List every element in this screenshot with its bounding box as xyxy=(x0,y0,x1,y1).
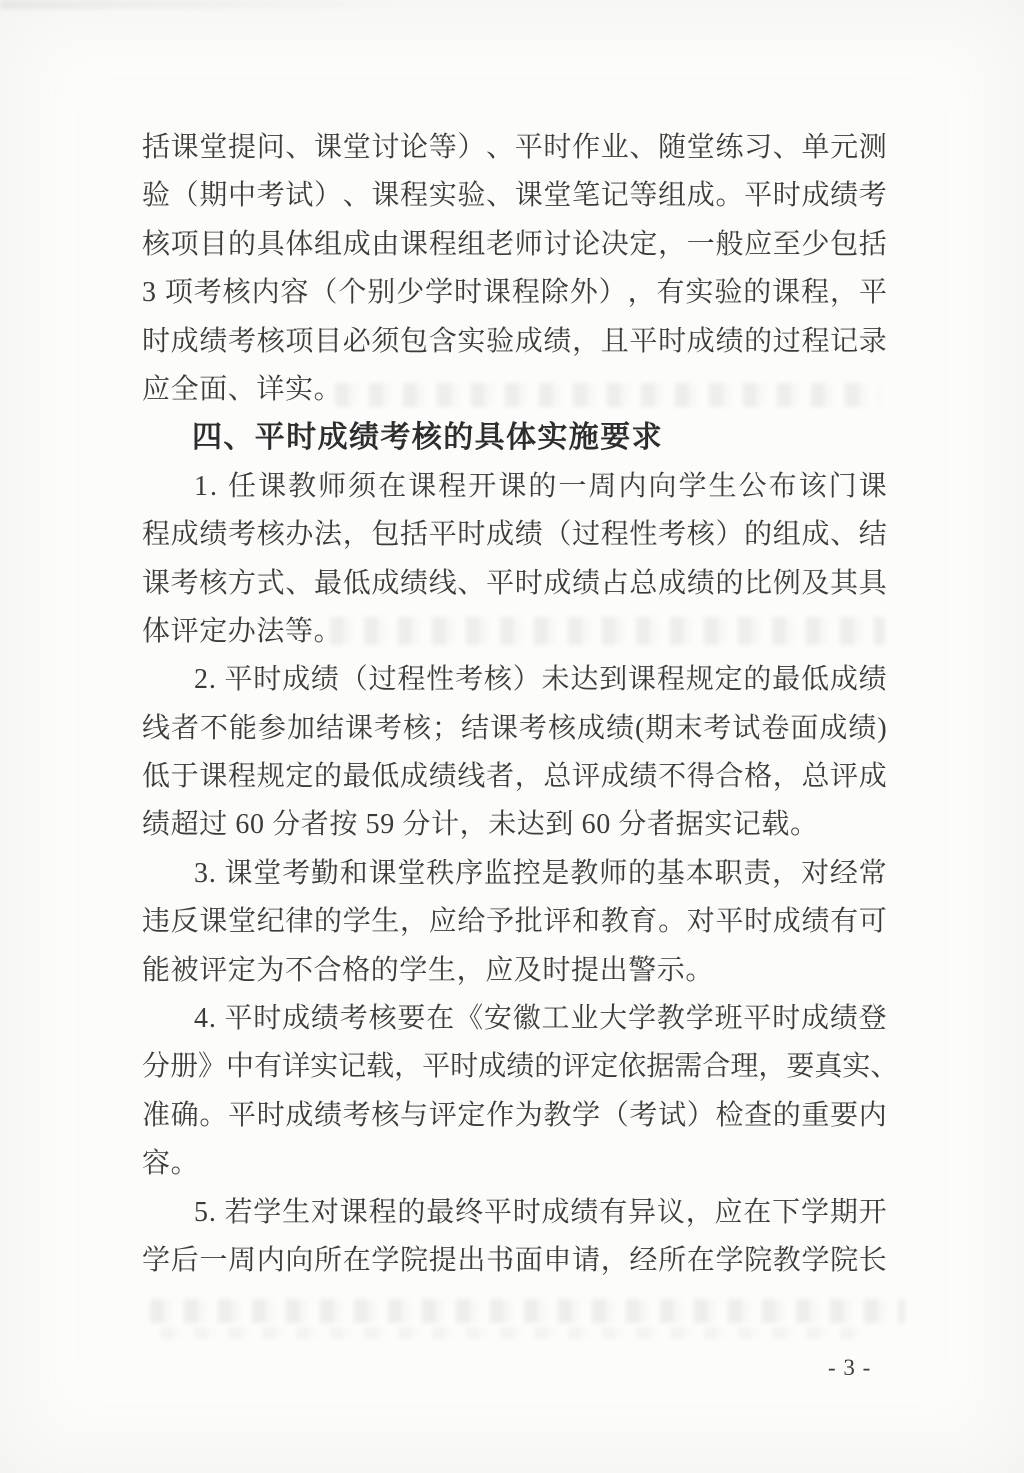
bleed-through-artifact xyxy=(150,1299,905,1323)
body-text-line: 能被评定为不合格的学生，应及时提出警示。 xyxy=(142,947,887,995)
body-text-line: 验（期中考试）、课程实验、课堂笔记等组成。平时成绩考 xyxy=(142,172,887,220)
body-text-line: 绩超过 60 分者按 59 分计，未达到 60 分者据实记载。 xyxy=(142,801,887,849)
body-text-line: 5. 若学生对课程的最终平时成绩有异议，应在下学期开 xyxy=(142,1189,887,1237)
body-text-line: 1. 任课教师须在课程开课的一周内向学生公布该门课 xyxy=(142,463,887,511)
body-text-line: 4. 平时成绩考核要在《安徽工业大学教学班平时成绩登 xyxy=(142,995,887,1043)
body-text-line: 应全面、详实。 xyxy=(142,366,887,414)
body-text-line: 程成绩考核办法，包括平时成绩（过程性考核）的组成、结 xyxy=(142,511,887,559)
section-heading: 四、平时成绩考核的具体实施要求 xyxy=(142,414,887,462)
body-text-line: 学后一周内向所在学院提出书面申请，经所在学院教学院长 xyxy=(142,1237,887,1285)
bleed-through-artifact xyxy=(160,1327,860,1339)
body-text-line: 线者不能参加结课考核；结课考核成绩(期末考试卷面成绩) xyxy=(142,705,887,753)
body-text-line: 准确。平时成绩考核与评定作为教学（考试）检查的重要内 xyxy=(142,1092,887,1140)
body-text-line: 体评定办法等。 xyxy=(142,608,887,656)
body-text-line: 违反课堂纪律的学生，应给予批评和教育。对平时成绩有可 xyxy=(142,898,887,946)
scanned-document-page: 括课堂提问、课堂讨论等）、平时作业、随堂练习、单元测验（期中考试）、课程实验、课… xyxy=(0,0,1024,1473)
scan-edge-artifact xyxy=(0,0,460,9)
body-text-line: 核项目的具体组成由课程组老师讨论决定，一般应至少包括 xyxy=(142,221,887,269)
body-text-line: 低于课程规定的最低成绩线者，总评成绩不得合格，总评成 xyxy=(142,753,887,801)
body-text-line: 2. 平时成绩（过程性考核）未达到课程规定的最低成绩 xyxy=(142,656,887,704)
body-text-line: 3. 课堂考勤和课堂秩序监控是教师的基本职责，对经常 xyxy=(142,850,887,898)
body-text-line: 3 项考核内容（个别少学时课程除外），有实验的课程，平 xyxy=(142,269,887,317)
body-text-line: 括课堂提问、课堂讨论等）、平时作业、随堂练习、单元测 xyxy=(142,124,887,172)
body-text-line: 时成绩考核项目必须包含实验成绩，且平时成绩的过程记录 xyxy=(142,318,887,366)
body-text-line: 分册》中有详实记载，平时成绩的评定依据需合理，要真实、 xyxy=(142,1043,887,1091)
page-number: - 3 - xyxy=(828,1355,871,1381)
body-text-line: 课考核方式、最低成绩线、平时成绩占总成绩的比例及其具 xyxy=(142,560,887,608)
body-text-line: 容。 xyxy=(142,1140,887,1188)
document-text: 括课堂提问、课堂讨论等）、平时作业、随堂练习、单元测验（期中考试）、课程实验、课… xyxy=(142,124,887,1285)
